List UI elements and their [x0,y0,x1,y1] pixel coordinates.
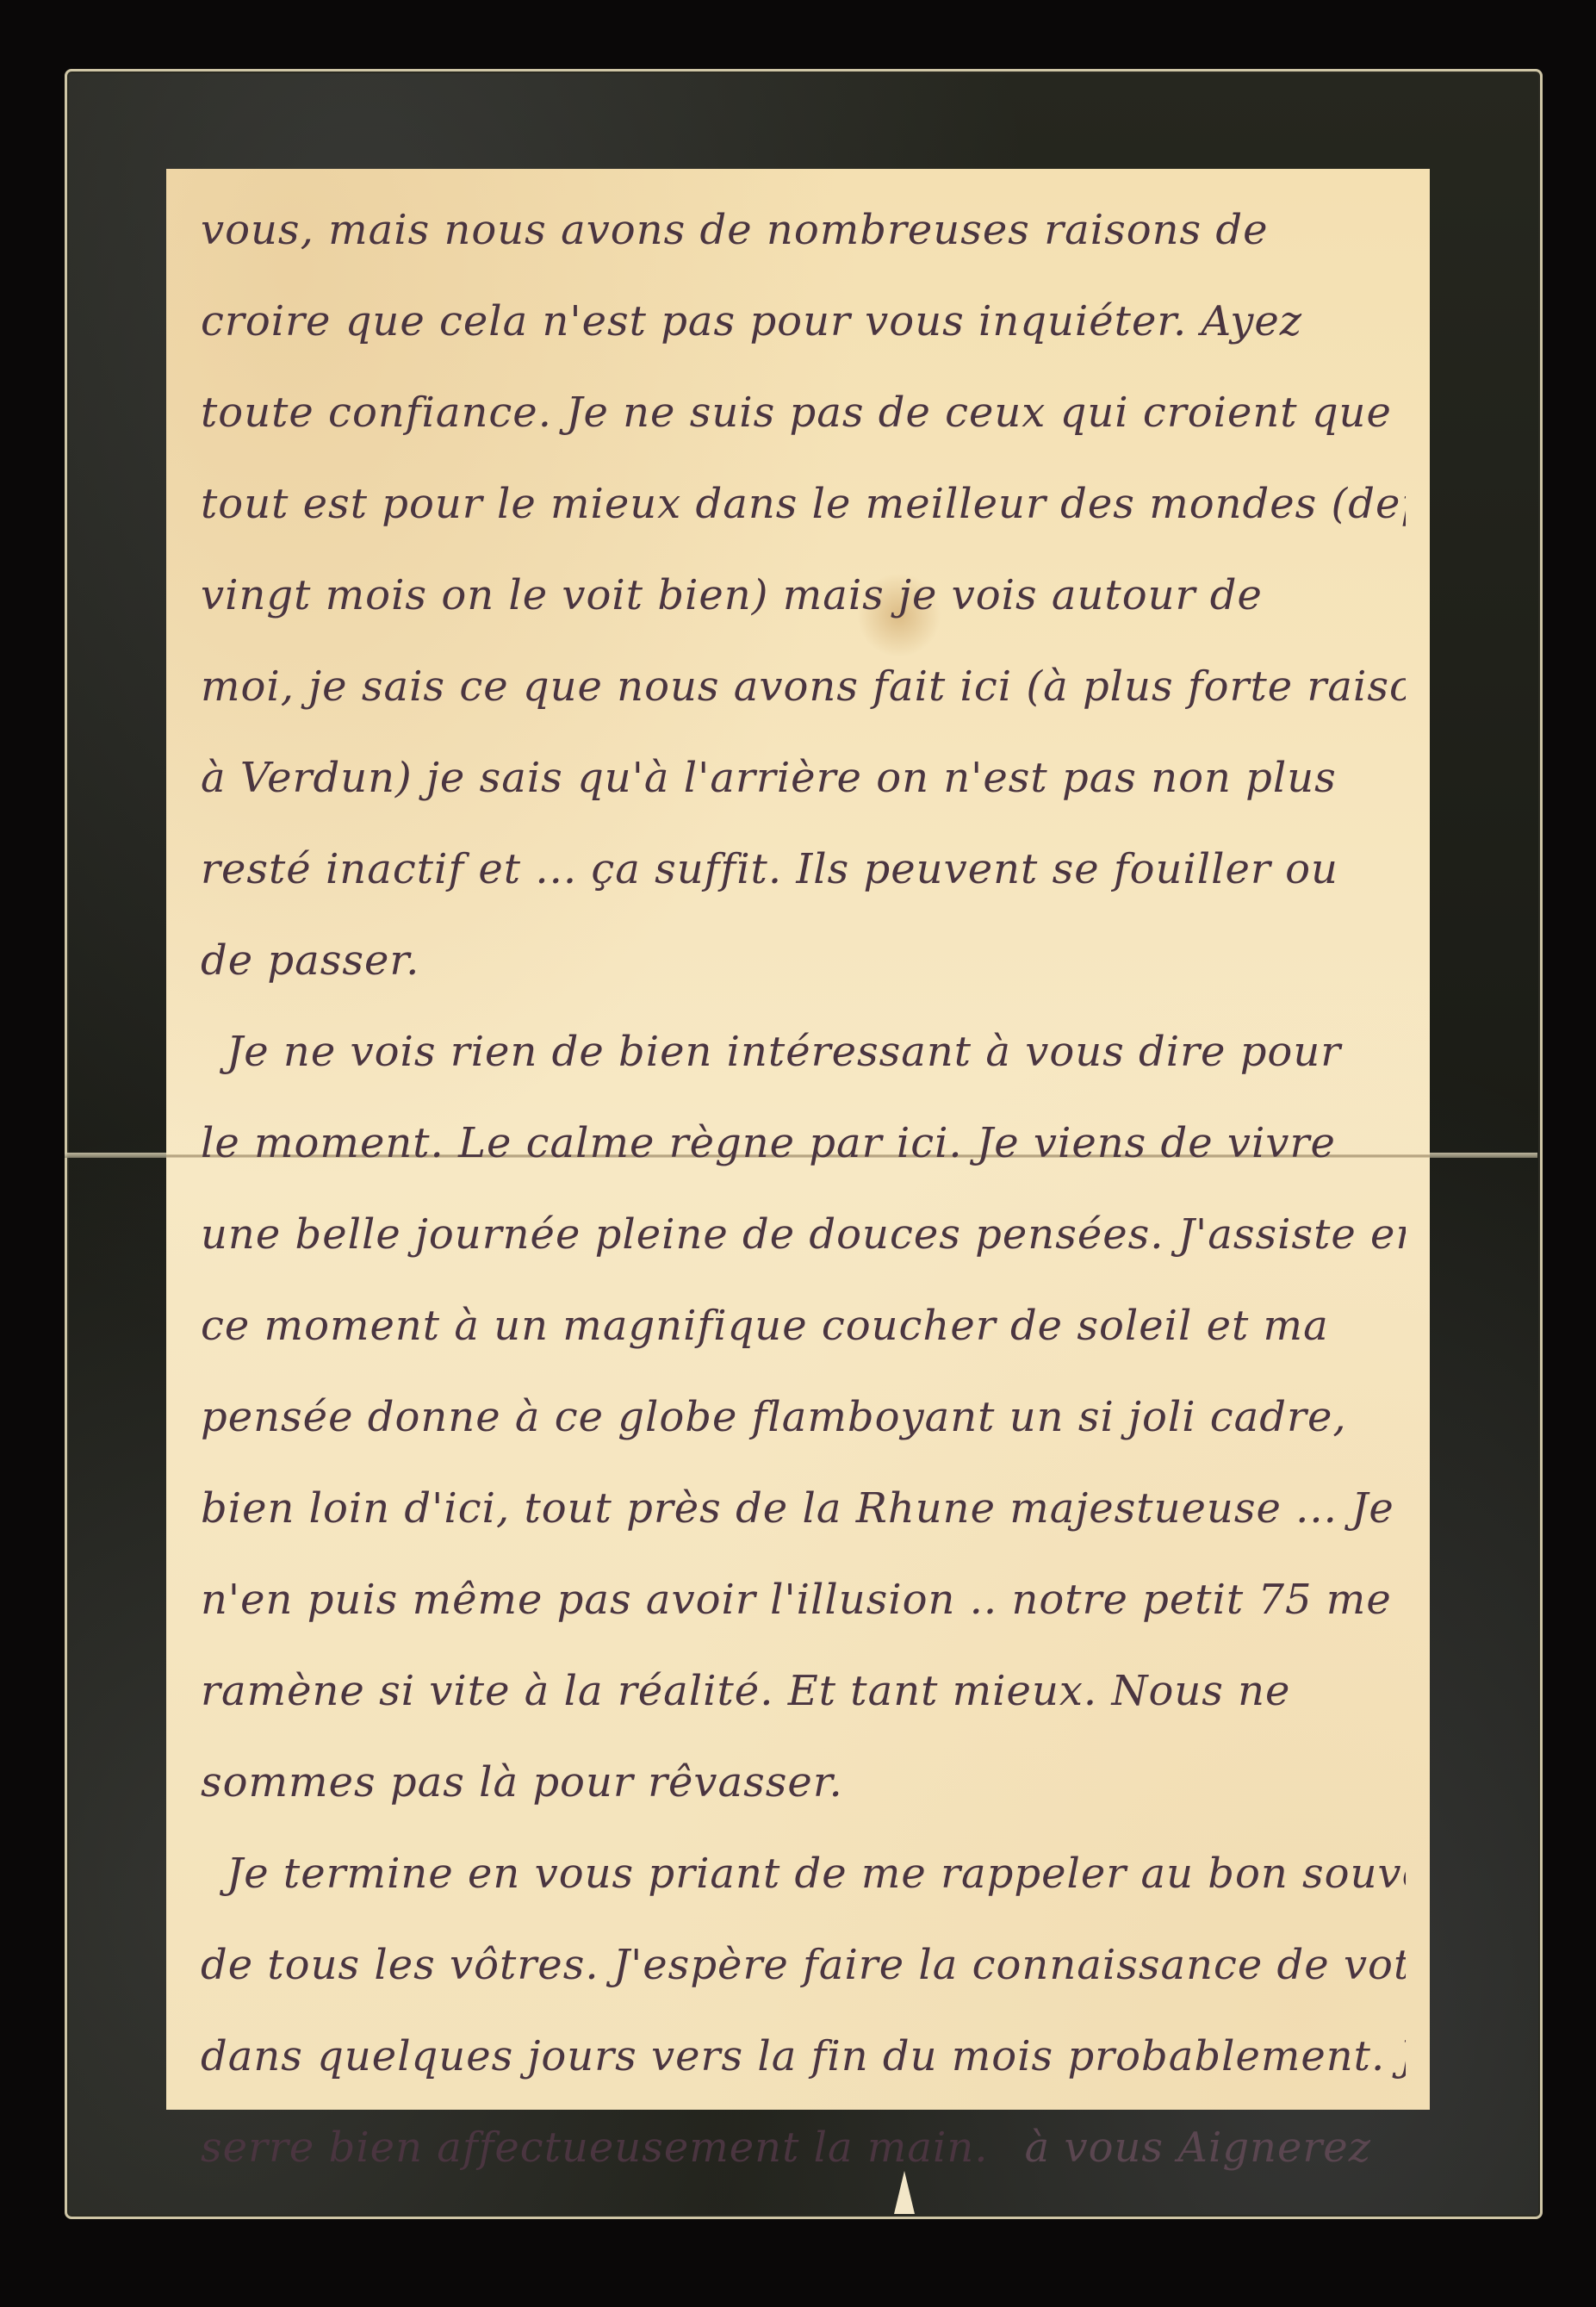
letter-line-2: croire que cela n'est pas pour vous inqu… [201,276,1406,367]
letter-line-11: le moment. Le calme règne par ici. Je vi… [201,1098,1406,1189]
letter-line-18: sommes pas là pour rêvasser. [201,1737,1406,1828]
signature-block: à vous Aignerez [1025,2102,1371,2193]
letter-line-19: Je termine en vous priant de me rappeler… [201,1828,1406,1919]
letter-line-9: de passer. [201,915,1406,1006]
letter-line-3: toute confiance. Je ne suis pas de ceux … [201,367,1406,458]
letter-closing-line: serre bien affectueusement la main. à vo… [201,2102,1406,2193]
letter-line-8: resté inactif et ... ça suffit. Ils peuv… [201,824,1406,915]
letter-line-21: dans quelques jours vers la fin du mois … [201,2011,1406,2102]
letter-line-13: ce moment à un magnifique coucher de sol… [201,1280,1406,1371]
letter-line-12: une belle journée pleine de douces pensé… [201,1189,1406,1280]
letter-line-14: pensée donne à ce globe flamboyant un si… [201,1371,1406,1463]
letter-line-10: Je ne vois rien de bien intéressant à vo… [201,1006,1406,1098]
letter-paper: vous, mais nous avons de nombreuses rais… [166,169,1430,2110]
letter-line-6: moi, je sais ce que nous avons fait ici … [201,641,1406,732]
letter-line-15: bien loin d'ici, tout près de la Rhune m… [201,1463,1406,1554]
closing-text: serre bien affectueusement la main. [201,2102,989,2193]
letter-line-4: tout est pour le mieux dans le meilleur … [201,458,1406,550]
letter-line-7: à Verdun) je sais qu'à l'arrière on n'es… [201,732,1406,824]
letter-line-17: ramène si vite à la réalité. Et tant mie… [201,1645,1406,1737]
signature-prefix: à vous [1025,2124,1164,2172]
letter-line-20: de tous les vôtres. J'espère faire la co… [201,1919,1406,2011]
letter-body: vous, mais nous avons de nombreuses rais… [201,184,1406,2193]
letter-line-1: vous, mais nous avons de nombreuses rais… [201,184,1406,276]
letter-line-16: n'en puis même pas avoir l'illusion .. n… [201,1554,1406,1645]
signature: Aignerez [1177,2124,1371,2172]
letter-line-5: vingt mois on le voit bien) mais je vois… [201,550,1406,641]
